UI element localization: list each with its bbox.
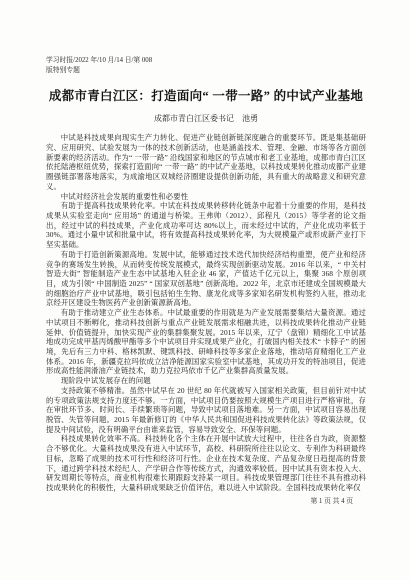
article-paragraph: 支持政策不够精准。虽然中试早在 20 世纪 80 年代就被写入国家相关政策，但目… [46, 386, 366, 435]
article-paragraph: 有助于提高科技成果转化率。中试在科技成果转移转化链条中起着十分重要的作用，是科技… [46, 201, 366, 250]
article-paragraph: 科技成果转化效率不高。科技转化各个主体在开展中试放大过程中，往往各自为政，资源整… [46, 434, 366, 492]
document-page: 学习时报/2022 年/10 月/14 日/第 008 版特别专题 成都市青白江… [0, 0, 410, 580]
section-heading: 中试对经济社会发展的重要性和必要性 [46, 192, 366, 202]
article-paragraph: 有助于推动建立产业生态体系。中试最重要的作用就是为产业发展需要集结大量资源。通过… [46, 308, 366, 376]
article-paragraph: 中试是科技成果向现实生产力转化、促进产业链创新链深度融合的重要环节。既是集基础研… [46, 133, 366, 191]
source-line-1: 学习时报/2022 年/10 月/14 日/第 008 [46, 56, 366, 66]
article-byline: 成都市青白江区委书记 池勇 [46, 113, 366, 124]
article-title: 成都市青白江区：打造面向“ 一带一路” 的中试产业基地 [46, 86, 366, 104]
section-heading: 现阶段中试发展存在的问题 [46, 376, 366, 386]
source-line-2: 版特别专题 [46, 66, 366, 76]
article-body: 中试是科技成果向现实生产力转化、促进产业链创新链深度融合的重要环节。既是集基础研… [46, 133, 366, 493]
publication-source: 学习时报/2022 年/10 月/14 日/第 008 版特别专题 [46, 56, 366, 75]
article-paragraph: 有助于打造创新策源高地。发展中试，能够通过技术迭代加快经济结构重塑，使产业和经济… [46, 250, 366, 308]
page-number: 第 1 页 共 4 页 [311, 495, 353, 505]
page-content: 学习时报/2022 年/10 月/14 日/第 008 版特别专题 成都市青白江… [0, 0, 410, 493]
